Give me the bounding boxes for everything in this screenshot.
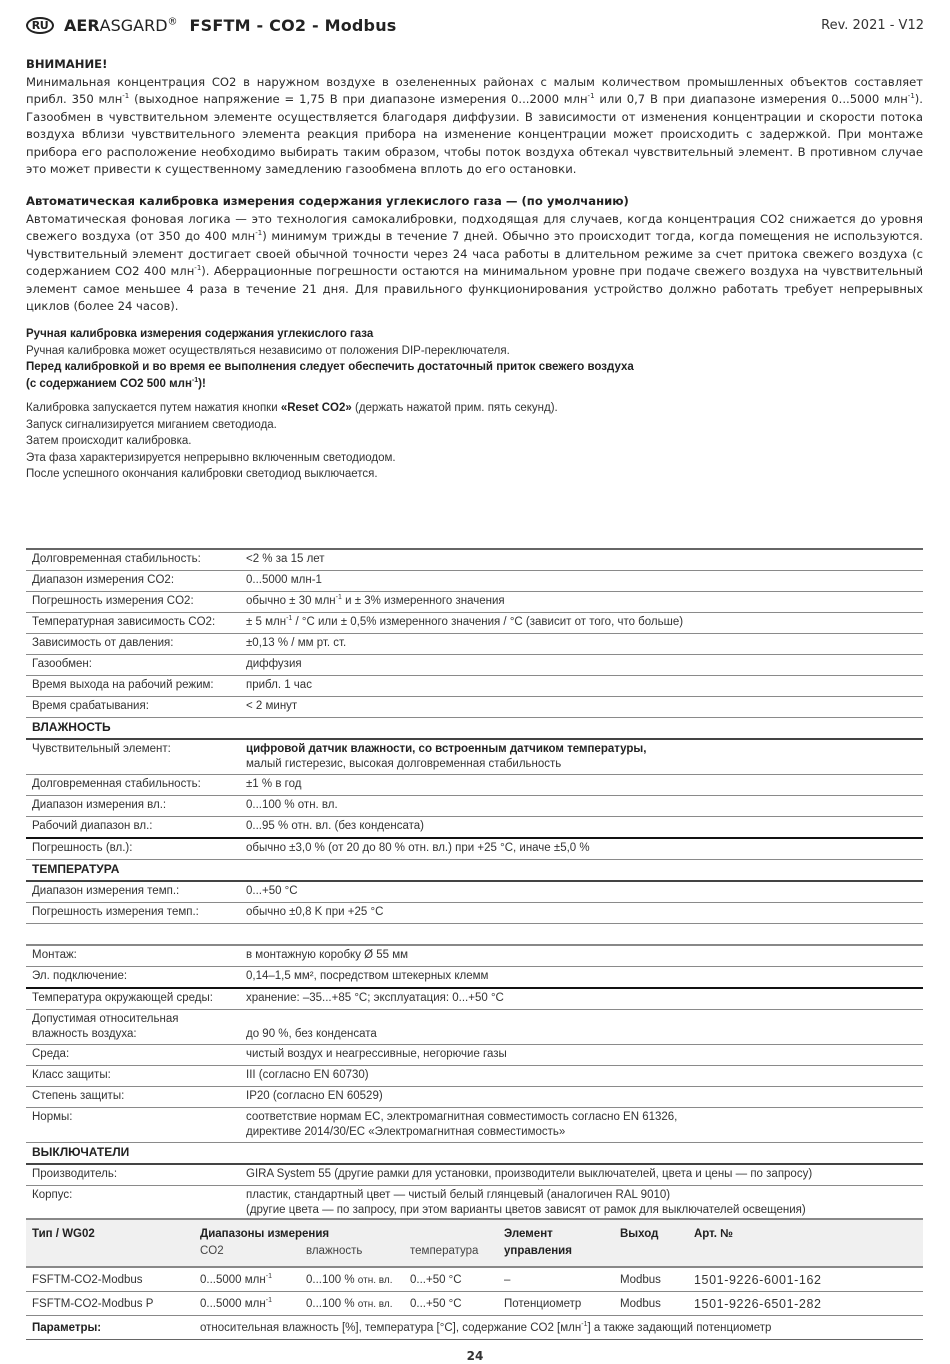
spec-value: < 2 минут [240, 697, 923, 718]
product-title: FSFTM - CO2 - Modbus [190, 16, 397, 35]
spec-row: Зависимость от давления:±0,13 % / мм рт.… [26, 634, 923, 655]
order-temperature: 0...+50 °C [404, 1292, 498, 1316]
order-output: Modbus [614, 1267, 688, 1292]
order-params-row: Параметры:относительная влажность [%], т… [26, 1316, 923, 1340]
manual-calibration-section: Ручная калибровка измерения содержания у… [26, 326, 726, 483]
revision-label: Rev. 2021 - V12 [821, 18, 924, 33]
language-badge: RU [26, 17, 54, 34]
spec-row: Степень защиты:IP20 (согласно EN 60529) [26, 1087, 923, 1108]
order-type: FSFTM-CO2-Modbus P [26, 1292, 194, 1316]
spec-label: Допустимая относительнаявлажность воздух… [26, 1010, 240, 1045]
spec-label: Температурная зависимость CO2: [26, 613, 240, 634]
spec-value: GIRA System 55 (другие рамки для установ… [240, 1164, 923, 1186]
spec-label: Зависимость от давления: [26, 634, 240, 655]
order-row: FSFTM-CO2-Modbus P 0...5000 млн-1 0...10… [26, 1292, 923, 1316]
order-table: Тип / WG02 Диапазоны измерения CO2влажно… [26, 1218, 923, 1340]
attention-text: Минимальная концентрация CO2 в наружном … [26, 74, 923, 179]
spec-label: Нормы: [26, 1108, 240, 1143]
spec-label: Производитель: [26, 1164, 240, 1186]
col-control: Элементуправления [498, 1219, 614, 1267]
spec-row: Допустимая относительнаявлажность воздух… [26, 1010, 923, 1045]
params-label: Параметры: [26, 1316, 194, 1340]
section-header-temperature: ТЕМПЕРАТУРА [26, 860, 923, 882]
col-art: Арт. № [688, 1219, 923, 1267]
col-output: Выход [614, 1219, 688, 1267]
spec-label: Эл. подключение: [26, 967, 240, 989]
order-control: Потенциометр [498, 1292, 614, 1316]
spec-label: Температура окружающей среды: [26, 988, 240, 1010]
auto-calibration-title: Автоматическая калибровка измерения соде… [26, 193, 923, 211]
spec-value: ±0,13 % / мм рт. ст. [240, 634, 923, 655]
spec-value: 0,14–1,5 мм², посредством штекерных клем… [240, 967, 923, 989]
spec-value: обычно ± 30 млн-1 и ± 3% измеренного зна… [240, 592, 923, 613]
col-type: Тип / WG02 [26, 1219, 194, 1267]
spec-value: чистый воздух и неагрессивные, негорючие… [240, 1045, 923, 1066]
spec-row: Рабочий диапазон вл.:0...95 % отн. вл. (… [26, 817, 923, 839]
manual-calibration-title: Ручная калибровка измерения содержания у… [26, 326, 726, 343]
spec-label: Погрешность измерения CO2: [26, 592, 240, 613]
spec-row: Долговременная стабильность:<2 % за 15 л… [26, 549, 923, 571]
page-header: RU AERASGARD® FSFTM - CO2 - Modbus Rev. … [26, 12, 924, 38]
spec-row: Диапазон измерения темп.:0...+50 °C [26, 881, 923, 903]
spec-row: Газообмен:диффузия [26, 655, 923, 676]
spec-value: диффузия [240, 655, 923, 676]
col-ranges: Диапазоны измерения CO2влажностьтемперат… [194, 1219, 498, 1267]
spec-row: Среда:чистый воздух и неагрессивные, нег… [26, 1045, 923, 1066]
order-co2: 0...5000 млн-1 [194, 1292, 300, 1316]
spacer-row [26, 924, 923, 946]
spec-row: Температурная зависимость CO2:± 5 млн-1 … [26, 613, 923, 634]
spec-value: IP20 (согласно EN 60529) [240, 1087, 923, 1108]
spec-label: Класс защиты: [26, 1066, 240, 1087]
spec-value: <2 % за 15 лет [240, 549, 923, 571]
spec-row: Монтаж:в монтажную коробку Ø 55 мм [26, 945, 923, 967]
order-article-number: 1501-9226-6001-162 [688, 1267, 923, 1292]
spec-label: Корпус: [26, 1186, 240, 1221]
order-humidity: 0...100 % отн. вл. [300, 1267, 404, 1292]
spec-label: Погрешность (вл.): [26, 838, 240, 860]
spec-value: хранение: –35...+85 °C; эксплуатация: 0.… [240, 988, 923, 1010]
spec-value: пластик, стандартный цвет — чистый белый… [240, 1186, 923, 1221]
spec-value: обычно ±0,8 K при +25 °C [240, 903, 923, 924]
spec-row: Класс защиты:III (согласно EN 60730) [26, 1066, 923, 1087]
attention-title: ВНИМАНИЕ! [26, 56, 923, 74]
spec-row: Время срабатывания:< 2 минут [26, 697, 923, 718]
spec-value: 0...100 % отн. вл. [240, 796, 923, 817]
spec-row: Погрешность измерения CO2:обычно ± 30 мл… [26, 592, 923, 613]
spec-value: соответствие нормам ЕС, электромагнитная… [240, 1108, 923, 1143]
spec-table: Долговременная стабильность:<2 % за 15 л… [26, 548, 923, 1221]
page-number: 24 [0, 1349, 950, 1363]
manual-calibration-start: Калибровка запускается путем нажатия кно… [26, 400, 726, 417]
order-row: FSFTM-CO2-Modbus 0...5000 млн-1 0...100 … [26, 1267, 923, 1292]
spec-row: Долговременная стабильность:±1 % в год [26, 775, 923, 796]
spec-label: Диапазон измерения темп.: [26, 881, 240, 903]
spec-row: Температура окружающей среды:хранение: –… [26, 988, 923, 1010]
spec-row: Погрешность (вл.):обычно ±3,0 % (от 20 д… [26, 838, 923, 860]
spec-label: Время срабатывания: [26, 697, 240, 718]
order-output: Modbus [614, 1292, 688, 1316]
reset-co2-button-label: «Reset CO2» [281, 402, 352, 414]
manual-calibration-step: Затем происходит калибровка. [26, 433, 726, 450]
manual-calibration-warning: Перед калибровкой и во время ее выполнен… [26, 359, 726, 376]
order-humidity: 0...100 % отн. вл. [300, 1292, 404, 1316]
manual-calibration-step: Запуск сигнализируется миганием светодио… [26, 417, 726, 434]
attention-section: ВНИМАНИЕ! Минимальная концентрация CO2 в… [26, 56, 923, 179]
spec-label: Монтаж: [26, 945, 240, 967]
spec-row: Диапазон измерения CO2:0...5000 млн-1 [26, 571, 923, 592]
spec-value: до 90 %, без конденсата [240, 1010, 923, 1045]
spec-value: 0...5000 млн-1 [240, 571, 923, 592]
order-type: FSFTM-CO2-Modbus [26, 1267, 194, 1292]
manual-calibration-step: После успешного окончания калибровки све… [26, 466, 726, 483]
spec-value: 0...95 % отн. вл. (без конденсата) [240, 817, 923, 839]
order-control: – [498, 1267, 614, 1292]
spec-value: 0...+50 °C [240, 881, 923, 903]
spec-value: ± 5 млн-1 / °C или ± 0,5% измеренного зн… [240, 613, 923, 634]
spec-label: Степень защиты: [26, 1087, 240, 1108]
section-header-switches: ВЫКЛЮЧАТЕЛИ [26, 1143, 923, 1165]
spec-row: Эл. подключение:0,14–1,5 мм², посредство… [26, 967, 923, 989]
spec-label: Диапазон измерения CO2: [26, 571, 240, 592]
spec-label: Среда: [26, 1045, 240, 1066]
spec-row: Нормы:соответствие нормам ЕС, электромаг… [26, 1108, 923, 1143]
spec-row: Чувствительный элемент:цифровой датчик в… [26, 739, 923, 775]
spec-label: Чувствительный элемент: [26, 739, 240, 775]
spec-label: Время выхода на рабочий режим: [26, 676, 240, 697]
spec-label: Долговременная стабильность: [26, 549, 240, 571]
spec-value: ±1 % в год [240, 775, 923, 796]
order-article-number: 1501-9226-6501-282 [688, 1292, 923, 1316]
manual-calibration-line: Ручная калибровка может осуществляться н… [26, 343, 726, 360]
spec-value: цифровой датчик влажности, со встроенным… [240, 739, 923, 775]
spec-row: Производитель:GIRA System 55 (другие рам… [26, 1164, 923, 1186]
spec-value: обычно ±3,0 % (от 20 до 80 % отн. вл.) п… [240, 838, 923, 860]
spec-row: Время выхода на рабочий режим:прибл. 1 ч… [26, 676, 923, 697]
auto-calibration-text: Автоматическая фоновая логика — это техн… [26, 211, 923, 316]
order-co2: 0...5000 млн-1 [194, 1267, 300, 1292]
spec-row: Корпус:пластик, стандартный цвет — чисты… [26, 1186, 923, 1221]
spec-value: прибл. 1 час [240, 676, 923, 697]
spec-label: Долговременная стабильность: [26, 775, 240, 796]
brand-logo: AERASGARD® [64, 16, 178, 35]
spec-row: Погрешность измерения темп.:обычно ±0,8 … [26, 903, 923, 924]
spec-label: Рабочий диапазон вл.: [26, 817, 240, 839]
auto-calibration-section: Автоматическая калибровка измерения соде… [26, 193, 923, 316]
spec-value: III (согласно EN 60730) [240, 1066, 923, 1087]
manual-calibration-step: Эта фаза характеризируется непрерывно вк… [26, 450, 726, 467]
spec-row: Диапазон измерения вл.:0...100 % отн. вл… [26, 796, 923, 817]
spec-value: в монтажную коробку Ø 55 мм [240, 945, 923, 967]
spec-label: Газообмен: [26, 655, 240, 676]
spec-label: Погрешность измерения темп.: [26, 903, 240, 924]
params-value: относительная влажность [%], температура… [194, 1316, 923, 1340]
order-temperature: 0...+50 °C [404, 1267, 498, 1292]
section-header-humidity: ВЛАЖНОСТЬ [26, 718, 923, 740]
spec-label: Диапазон измерения вл.: [26, 796, 240, 817]
manual-calibration-warning-2: (с содержанием CO2 500 млн-1)! [26, 376, 726, 393]
